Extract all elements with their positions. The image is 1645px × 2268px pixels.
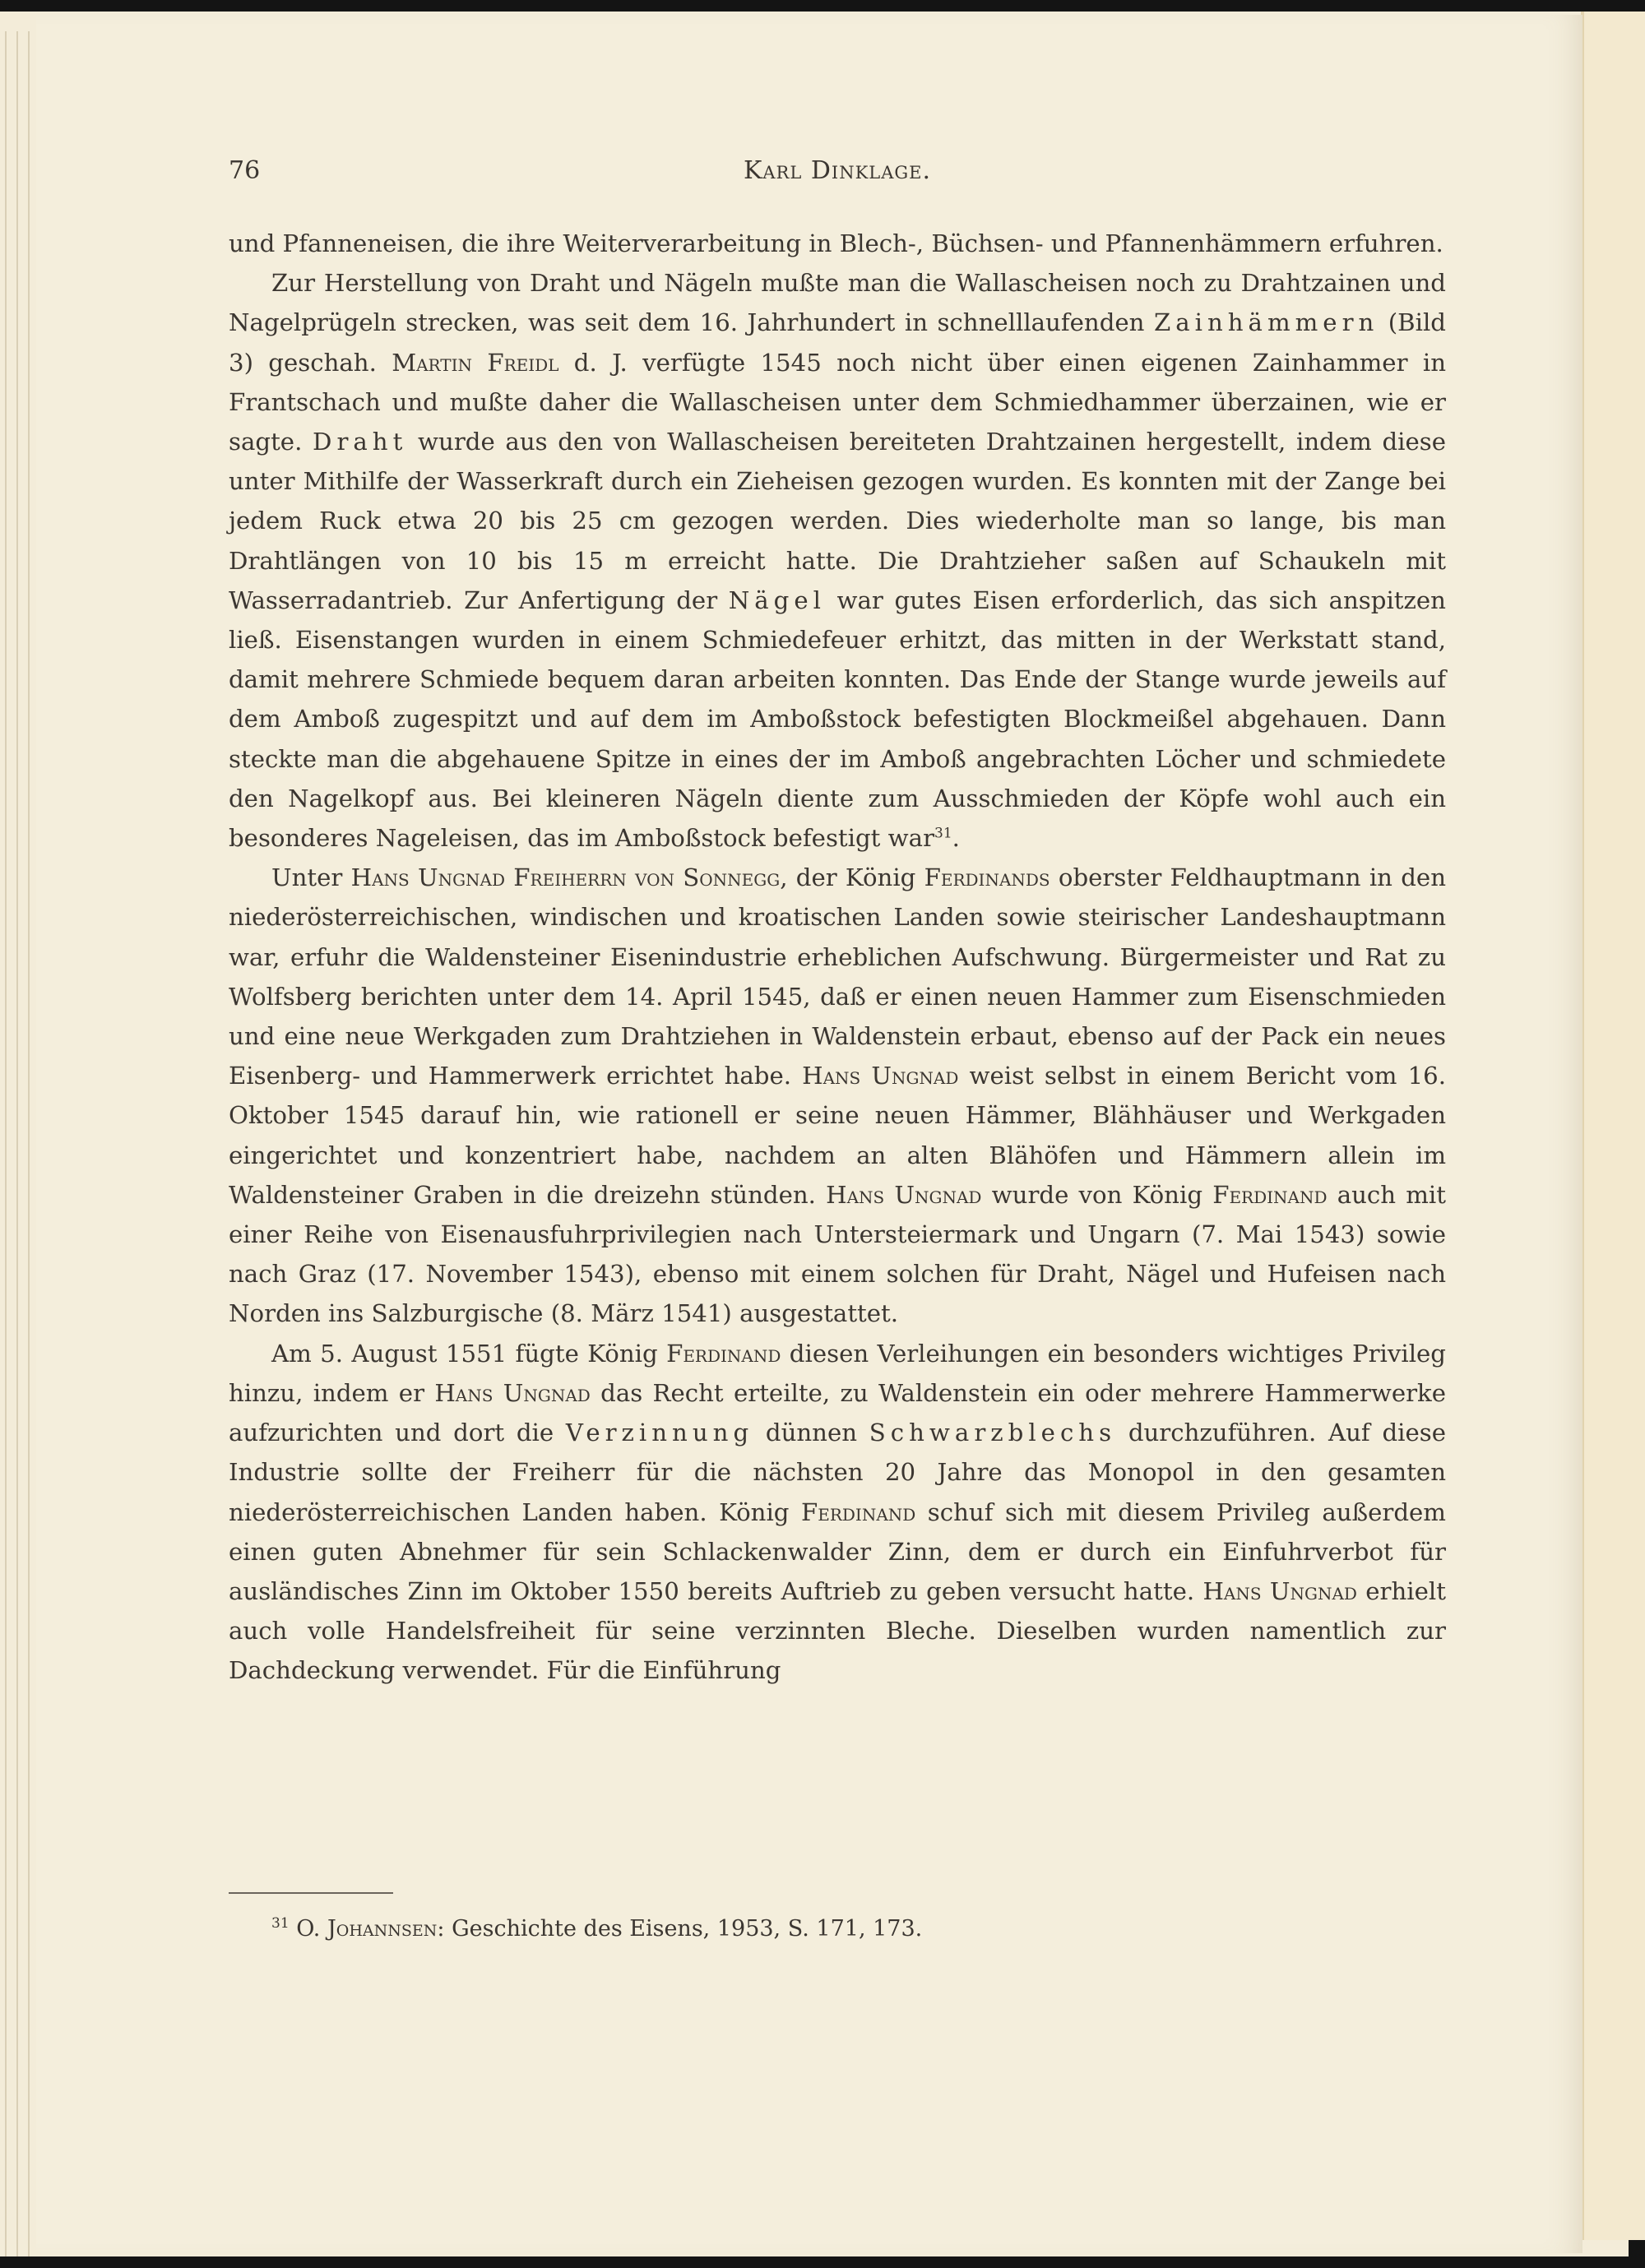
paragraph: und Pfanneneisen, die ihre Weiterverarbe… [229,224,1446,263]
emphasized-term: Verzinnung [566,1419,753,1446]
text-run: Unter [271,863,351,891]
footnote: 31 O. Johannsen: Geschichte des Eisens, … [271,1916,1423,1942]
footnote-reference: 31 [934,825,952,841]
person-name: Hans Ungnad [1202,1577,1357,1605]
page-edge [28,31,30,2256]
paragraph: Unter Hans Ungnad Freiherrn von Sonnegg,… [229,858,1446,1333]
person-name: Ferdinands [924,863,1050,891]
text-run: Am 5. August 1551 fügte König [271,1340,666,1368]
footnote-marker: 31 [271,1915,290,1932]
emphasized-term: Nägel [729,586,826,614]
person-name: Ferdinand [666,1340,781,1368]
person-name: Ferdinand [1212,1181,1327,1209]
text-run: dünnen [753,1419,869,1446]
footnote-divider [229,1892,393,1894]
person-name: Hans Ungnad [826,1181,981,1209]
person-name: Hans Ungnad [802,1062,958,1090]
text-run: , der König [780,863,924,891]
page-edge [5,31,7,2256]
text-run: . [952,824,960,852]
person-name: Martin Freidl [392,349,558,377]
text-run: ober­ster Feldhauptmann in den niederöst… [229,863,1446,1090]
emphasized-term: Zainhämmern [1154,308,1379,336]
text-run: und Pfanneneisen, die ihre Weiterverarbe… [229,229,1443,257]
text-run: war gutes Eisen erforderlich, das sich a… [229,586,1446,852]
person-name: Ferdinand [801,1498,915,1526]
running-head: 76 Karl Dinklage. [229,156,1446,197]
paragraph: Am 5. August 1551 fügte König Ferdinand … [229,1334,1446,1691]
facing-page-edge [1581,12,1645,2240]
page-edge [16,31,18,2256]
person-name: Hans Ungnad Freiherrn von Sonnegg [351,863,781,891]
text-run: wurde von König [981,1181,1212,1209]
emphasized-term: Schwarzblechs [869,1419,1116,1446]
running-title: Karl Dinklage. [229,156,1446,185]
body-text: und Pfanneneisen, die ihre Weiterverarbe… [229,224,1446,1691]
person-name: Hans Ungnad [434,1379,590,1407]
paragraph: Zur Herstellung von Draht und Nägeln muß… [229,263,1446,858]
footnote-text: : Geschichte des Eisens, 1953, S. 171, 1… [437,1916,922,1942]
footnote-author: O. Johannsen [296,1916,437,1942]
emphasized-term: Draht [313,428,407,456]
